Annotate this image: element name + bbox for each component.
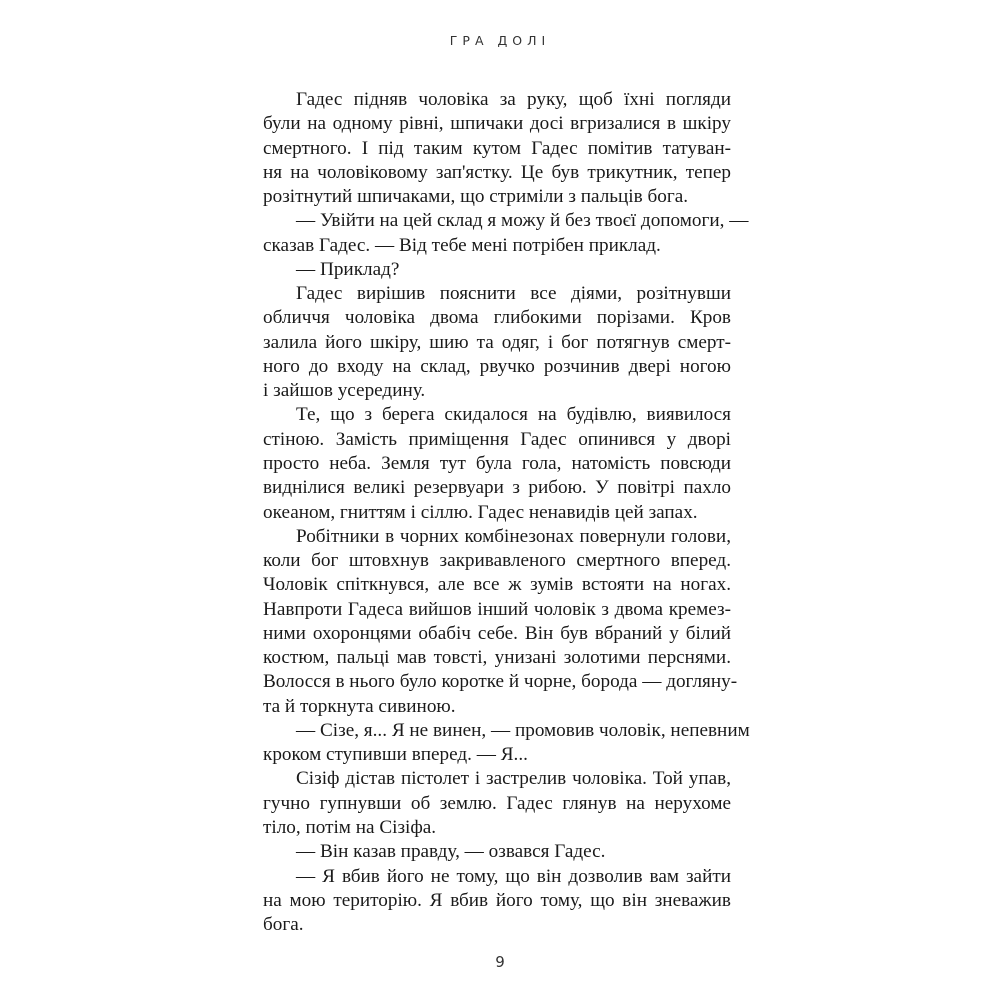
text-line: костюм, пальці мав товсті, унизані золот…	[263, 646, 731, 670]
paragraph: Те, що з берега скидалося на будівлю, ви…	[263, 403, 731, 524]
text-line: обличчя чоловіка двома глибокими порізам…	[263, 306, 731, 330]
page-number: 9	[0, 953, 1000, 971]
text-line: та й торкнута сивиною.	[263, 695, 731, 719]
text-line: ними охоронцями обабіч себе. Він був вбр…	[263, 622, 731, 646]
text-line: просто неба. Земля тут була гола, натомі…	[263, 452, 731, 476]
text-line: — Сізе, я... Я не винен, — промовив чоло…	[263, 719, 731, 743]
paragraph: Сізіф дістав пістолет і застрелив чолові…	[263, 767, 731, 840]
text-line: океаном, гниттям і сіллю. Гадес ненавиді…	[263, 501, 731, 525]
paragraph: — Приклад?	[263, 258, 731, 282]
text-line: розітнутий шпичаками, що стриміли з паль…	[263, 185, 731, 209]
text-line: Те, що з берега скидалося на будівлю, ви…	[263, 403, 731, 427]
running-head: ГРА ДОЛІ	[0, 33, 1000, 48]
text-line: Навпроти Гадеса вийшов інший чоловік з д…	[263, 598, 731, 622]
text-line: кроком ступивши вперед. — Я...	[263, 743, 731, 767]
text-line: бога.	[263, 913, 731, 937]
text-line: гучно гупнувши об землю. Гадес глянув на…	[263, 792, 731, 816]
text-line: Робітники в чорних комбінезонах повернул…	[263, 525, 731, 549]
text-line: тіло, потім на Сізіфа.	[263, 816, 731, 840]
body-text: Гадес підняв чоловіка за руку, щоб їхні …	[263, 88, 731, 937]
text-line: стіною. Замість приміщення Гадес опинивс…	[263, 428, 731, 452]
text-line: виднілися великі резервуари з рибою. У п…	[263, 476, 731, 500]
paragraph: Гадес вирішив пояснити все діями, розітн…	[263, 282, 731, 403]
paragraph: — Увійти на цей склад я можу й без твоєї…	[263, 209, 731, 258]
text-line: залила його шкіру, шию та одяг, і бог по…	[263, 331, 731, 355]
text-line: Гадес вирішив пояснити все діями, розітн…	[263, 282, 731, 306]
text-line: — Я вбив його не тому, що він дозволив в…	[263, 865, 731, 889]
text-line: Сізіф дістав пістолет і застрелив чолові…	[263, 767, 731, 791]
text-line: на мою територію. Я вбив його тому, що в…	[263, 889, 731, 913]
text-line: — Приклад?	[263, 258, 731, 282]
paragraph: — Він казав правду, — озвався Гадес.	[263, 840, 731, 864]
text-line: — Він казав правду, — озвався Гадес.	[263, 840, 731, 864]
book-page: ГРА ДОЛІ Гадес підняв чоловіка за руку, …	[0, 0, 1000, 1000]
text-line: були на одному рівні, шпичаки досі вгриз…	[263, 112, 731, 136]
text-line: смертного. І під таким кутом Гадес поміт…	[263, 137, 731, 161]
text-line: і зайшов усередину.	[263, 379, 731, 403]
text-line: — Увійти на цей склад я можу й без твоєї…	[263, 209, 731, 233]
paragraph: Гадес підняв чоловіка за руку, щоб їхні …	[263, 88, 731, 209]
text-line: Гадес підняв чоловіка за руку, щоб їхні …	[263, 88, 731, 112]
paragraph: — Я вбив його не тому, що він дозволив в…	[263, 865, 731, 938]
paragraph: — Сізе, я... Я не винен, — промовив чоло…	[263, 719, 731, 768]
text-line: Чоловік спіткнувся, але все ж зумів всто…	[263, 573, 731, 597]
paragraph: Робітники в чорних комбінезонах повернул…	[263, 525, 731, 719]
text-line: ня на чоловіковому зап'ястку. Це був три…	[263, 161, 731, 185]
text-line: сказав Гадес. — Від тебе мені потрібен п…	[263, 234, 731, 258]
text-line: коли бог штовхнув закривавленого смертно…	[263, 549, 731, 573]
text-line: Волосся в нього було коротке й чорне, бо…	[263, 670, 731, 694]
text-line: ного до входу на склад, рвучко розчинив …	[263, 355, 731, 379]
